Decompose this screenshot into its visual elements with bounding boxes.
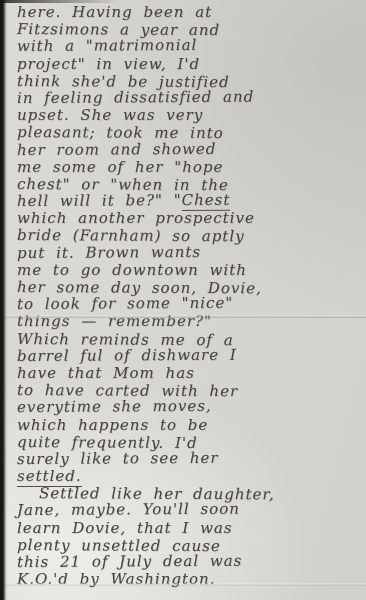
line-text: have that Mom has: [17, 364, 195, 382]
letter-line: which another prospective: [17, 210, 361, 227]
line-text: project" in view, I'd: [17, 55, 200, 73]
line-text: which happens to be: [17, 416, 208, 434]
letter-line: barrel ful of dishware I: [17, 346, 361, 365]
line-text: put it. Brown wants: [17, 243, 201, 262]
letter-line: here. Having been at: [17, 4, 361, 21]
line-text: which another prospective: [17, 209, 255, 227]
letter-line: everytime she moves,: [17, 397, 361, 416]
letter-line: to look for some "nice": [17, 294, 361, 313]
letter-line: in feeling dissatisfied and: [17, 88, 361, 107]
letter-line: surely like to see her: [17, 449, 361, 468]
line-text: barrel ful of dishware I: [17, 345, 237, 364]
letter-line: settled.: [17, 468, 361, 485]
line-text: to look for some "nice": [17, 294, 233, 313]
line-text: me some of her "hope: [17, 158, 223, 176]
letter-line: upset. She was very: [17, 107, 361, 124]
letter-line: me some of her "hope: [17, 159, 361, 176]
fold-crease-bottom: [0, 583, 366, 586]
letter-line: have that Mom has: [17, 365, 361, 382]
line-text: Jane, maybe. You'll soon: [17, 500, 240, 519]
fold-crease: [0, 315, 366, 319]
line-text: here. Having been at: [17, 3, 212, 21]
letter-line: which happens to be: [17, 417, 361, 434]
line-text: learn Dovie, that I was: [17, 519, 233, 537]
letter-line: put it. Brown wants: [17, 243, 361, 262]
line-text: surely like to see her: [17, 449, 219, 468]
scan-edge-left: [0, 0, 7, 600]
line-text: hell will it be?" ": [17, 191, 182, 210]
line-text: her room and showed: [17, 139, 216, 158]
letter-line: Jane, maybe. You'll soon: [17, 500, 361, 519]
letter-line: her room and showed: [17, 139, 361, 158]
letter-line: with a "matrimonial: [17, 36, 361, 55]
letter-line: this 21 of July deal was: [17, 552, 361, 571]
line-text: upset. She was very: [17, 106, 203, 124]
letter-line: me to go downtown with: [17, 262, 361, 279]
underlined-word: Chest: [182, 191, 231, 211]
letter-page: here. Having been at Fitzsimons a year a…: [0, 0, 366, 600]
letter-text-block: here. Having been at Fitzsimons a year a…: [17, 4, 361, 588]
letter-line: learn Dovie, that I was: [17, 520, 361, 537]
line-text: in feeling dissatisfied and: [17, 87, 254, 106]
scan-edge-top: [0, 0, 120, 3]
letter-line: project" in view, I'd: [17, 56, 361, 73]
line-text: with a "matrimonial: [17, 36, 197, 55]
line-text: everytime she moves,: [17, 397, 212, 416]
line-text: me to go downtown with: [17, 261, 247, 279]
line-text: this 21 of July deal was: [17, 552, 242, 571]
letter-line: hell will it be?" "Chest: [17, 191, 361, 210]
